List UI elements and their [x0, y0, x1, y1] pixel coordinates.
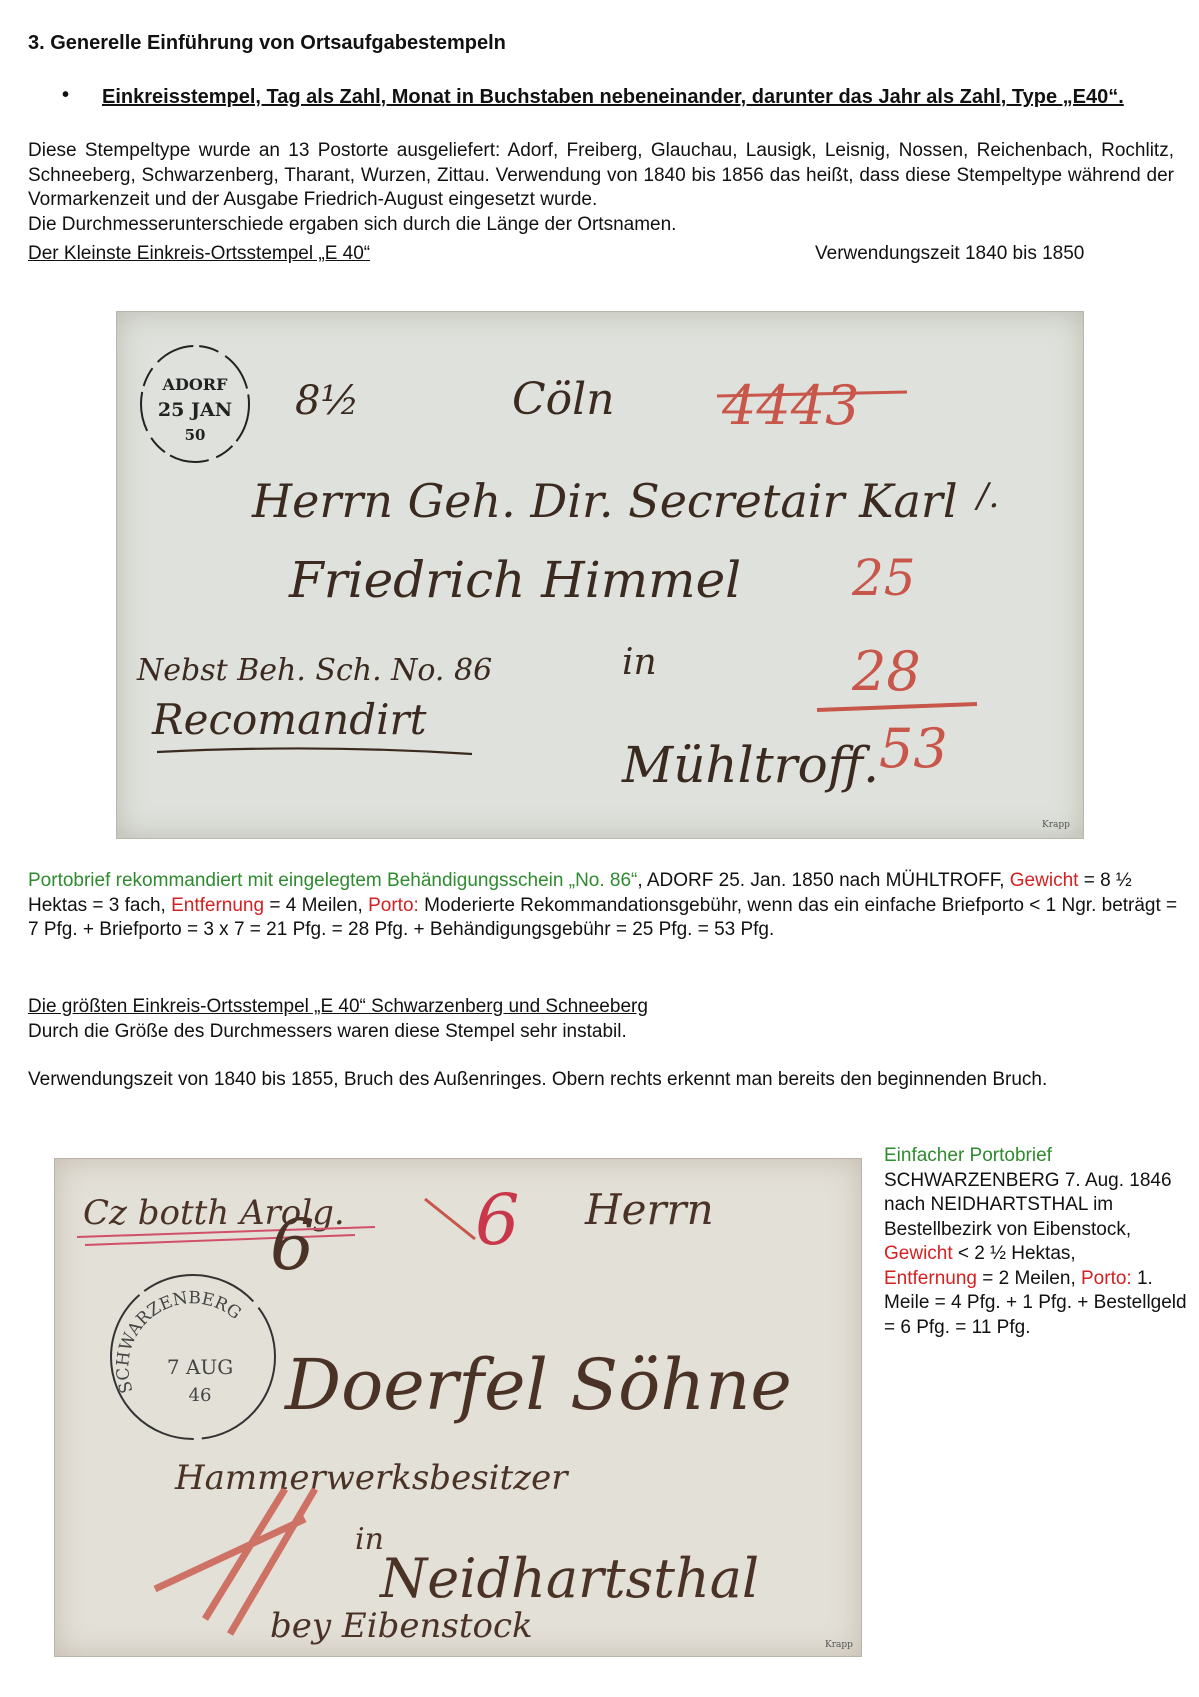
intro-text: Diese Stempeltype wurde an 13 Postorte a… [28, 140, 1174, 210]
section2-line2: Verwendungszeit von 1840 bis 1855, Bruch… [28, 1068, 1178, 1093]
svg-text:46: 46 [189, 1385, 212, 1406]
svg-text:Cöln: Cöln [512, 374, 615, 425]
porto-label: Porto: [368, 895, 419, 916]
gewicht-label: Gewicht [1010, 870, 1079, 891]
intro-paragraph: Diese Stempeltype wurde an 13 Postorte a… [28, 139, 1174, 237]
letter-image-schwarzenberg: SCHWARZENBERG 7 AUG 46 Cz botth Arolg. 6… [54, 1158, 862, 1657]
signature-krapp: Krapp [1042, 820, 1070, 830]
svg-text:6: 6 [475, 1179, 520, 1261]
page-heading: 3. Generelle Einführung von Ortsaufgabes… [28, 32, 506, 55]
section1-period: Verwendungszeit 1840 bis 1850 [815, 242, 1084, 267]
svg-text:in: in [622, 642, 657, 683]
letter-illustration: ADORF 25 JAN 50 8½ Cöln Herrn Geh. Dir. … [117, 312, 1083, 838]
letter-illustration-2: SCHWARZENBERG 7 AUG 46 Cz botth Arolg. 6… [55, 1159, 861, 1656]
postmark-adorf: ADORF 25 JAN 50 [141, 346, 249, 462]
letter-image-adorf: ADORF 25 JAN 50 8½ Cöln Herrn Geh. Dir. … [116, 311, 1084, 839]
caption-green-label: Portobrief rekommandiert mit eingelegtem… [28, 870, 637, 891]
svg-text:Herrn: Herrn [584, 1185, 714, 1234]
svg-text:50: 50 [185, 426, 206, 444]
svg-text:8½: 8½ [295, 378, 359, 424]
svg-text:4443: 4443 [721, 374, 859, 437]
section2-caption: Einfacher Portobrief SCHWARZENBERG 7. Au… [884, 1144, 1194, 1340]
svg-text:bey Eibenstock: bey Eibenstock [270, 1606, 533, 1646]
porto-label-2: Porto: [1081, 1268, 1132, 1289]
entfernung-label: Entfernung [171, 895, 264, 916]
svg-text:SCHWARZENBERG: SCHWARZENBERG [113, 1288, 244, 1395]
caption-green-label-2: Einfacher Portobrief [884, 1144, 1194, 1169]
svg-text:7 AUG: 7 AUG [167, 1355, 233, 1379]
intro-text-2: Die Durchmesserunterschiede ergaben sich… [28, 213, 1174, 238]
svg-text:/.: /. [974, 476, 999, 516]
svg-text:Recomandirt: Recomandirt [151, 695, 427, 744]
section1-caption: Portobrief rekommandiert mit eingelegtem… [28, 869, 1178, 943]
svg-text:28: 28 [851, 640, 921, 703]
svg-text:6: 6 [270, 1204, 315, 1286]
svg-text:Herrn Geh. Dir. Secretair Karl: Herrn Geh. Dir. Secretair Karl [251, 474, 958, 528]
svg-text:Hammerwerksbesitzer: Hammerwerksbesitzer [174, 1458, 569, 1498]
svg-text:25 JAN: 25 JAN [158, 399, 232, 421]
svg-text:Mühltroff.: Mühltroff. [621, 736, 879, 794]
svg-text:25: 25 [851, 549, 916, 607]
caption-line1: SCHWARZENBERG 7. Aug. 1846 nach NEIDHART… [884, 1169, 1194, 1243]
svg-text:53: 53 [879, 717, 948, 780]
section1-title: Der Kleinste Einkreis-Ortsstempel „E 40“ [28, 242, 370, 267]
svg-text:ADORF: ADORF [162, 375, 229, 394]
bullet-icon: • [62, 84, 69, 107]
gewicht-label-2: Gewicht [884, 1243, 953, 1264]
postmark-schwarzenberg: SCHWARZENBERG 7 AUG 46 [111, 1275, 275, 1439]
section2-title: Die größten Einkreis-Ortsstempel „E 40“ … [28, 995, 648, 1020]
entfernung-label-2: Entfernung [884, 1268, 977, 1289]
svg-text:Neidhartsthal: Neidhartsthal [378, 1547, 759, 1610]
svg-text:Friedrich Himmel: Friedrich Himmel [288, 551, 741, 609]
signature-krapp-2: Krapp [825, 1640, 853, 1650]
section-heading: Einkreisstempel, Tag als Zahl, Monat in … [102, 84, 1174, 111]
section2-line1: Durch die Größe des Durchmessers waren d… [28, 1020, 627, 1045]
svg-text:Nebst Beh. Sch. No. 86: Nebst Beh. Sch. No. 86 [136, 653, 492, 688]
svg-text:Doerfel Söhne: Doerfel Söhne [283, 1344, 792, 1426]
